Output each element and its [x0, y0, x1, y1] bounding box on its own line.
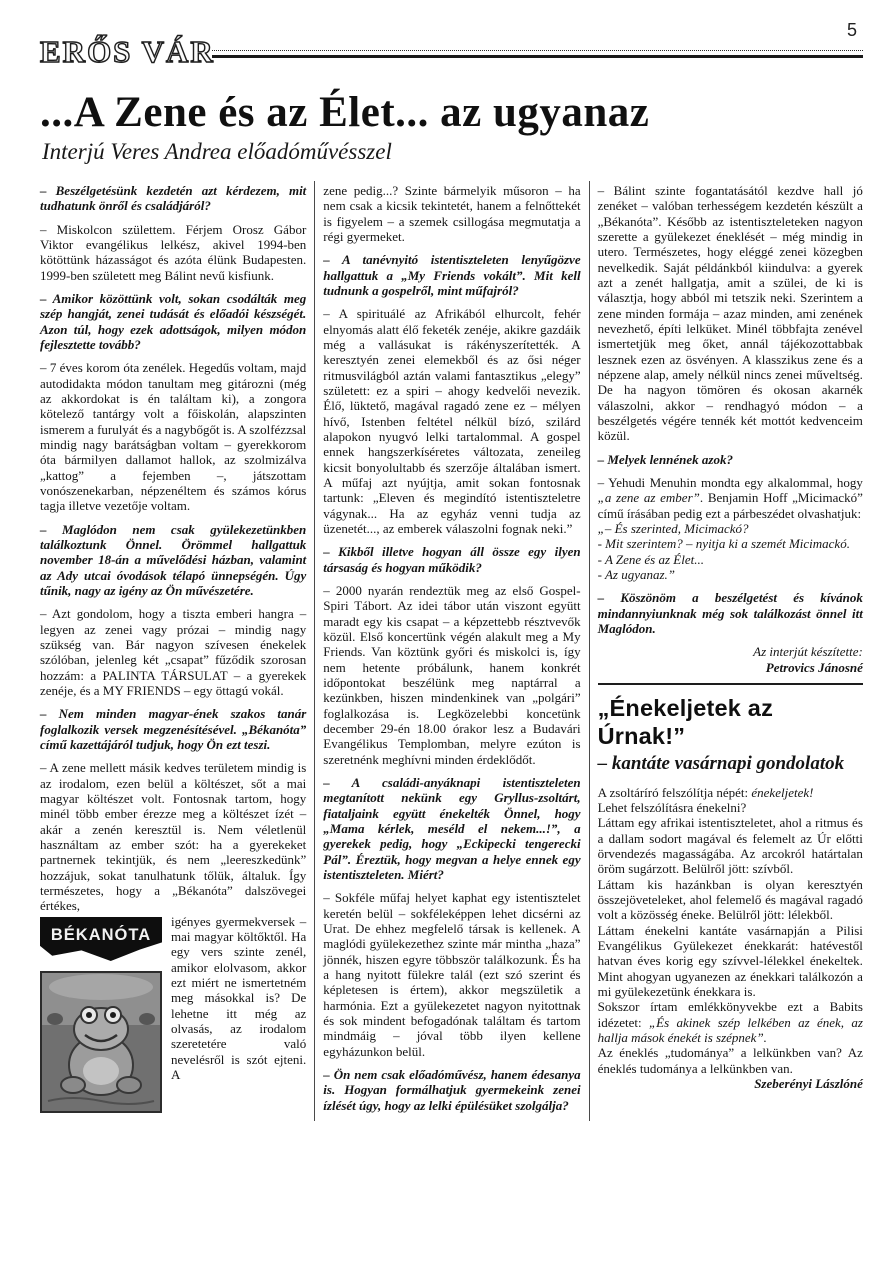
answer-with-image: BÉKANÓTA	[40, 914, 306, 1083]
second-article-paragraph: Sokszor írtam emlékkönyvekbe ezt a Babit…	[598, 999, 863, 1045]
page-header: ERŐS VÁR 5	[40, 28, 863, 74]
second-article-subheading: – kantáte vasárnapi gondolatok	[598, 753, 863, 775]
answer-text: – Yehudi Menuhin mondta egy alkalommal, …	[598, 475, 863, 490]
emphasized-word: énekeljetek!	[751, 785, 813, 800]
column-3: – Bálint szinte fogantatásától kezdve ha…	[589, 181, 863, 1121]
interview-answer: – 7 éves korom óta zenélek. Hegedűs volt…	[40, 360, 306, 513]
interview-answer: – Sokféle műfaj helyet kaphat egy istent…	[323, 890, 580, 1059]
newspaper-page: ERŐS VÁR 5 ...A Zene és az Élet... az ug…	[0, 0, 893, 1264]
page-number: 5	[847, 20, 857, 41]
interview-question: – Kikből illetve hogyan áll össze egy il…	[323, 544, 580, 575]
signature-name: Szeberényi Lászlóné	[754, 1076, 863, 1091]
closing-remark: – Köszönöm a beszélgetést és kívánok min…	[598, 590, 863, 636]
quoted-motto: „a zene az ember”	[598, 490, 700, 505]
interview-answer: – Yehudi Menuhin mondta egy alkalommal, …	[598, 475, 863, 521]
frog-illustration	[40, 971, 162, 1113]
interview-question: – Nem minden magyar-ének szakos tanár fo…	[40, 706, 306, 752]
interview-question: – Amikor közöttünk volt, sokan csodálták…	[40, 291, 306, 352]
second-article-paragraph: Láttam kis hazánkban is olyan keresztyén…	[598, 877, 863, 923]
interview-question: – A családi-anyáknapi istentiszteleten m…	[323, 775, 580, 882]
interview-question: – Melyek lennének azok?	[598, 452, 863, 467]
second-article-paragraph: A zsoltáríró felszólítja népét: énekelje…	[598, 785, 863, 816]
credit-label: Az interjút készítette:	[753, 644, 863, 659]
bekanota-cassette-cover: BÉKANÓTA	[40, 917, 162, 1113]
column-1: – Beszélgetésünk kezdetén azt kérdezem, …	[40, 181, 314, 1121]
interview-answer: – Bálint szinte fogantatásától kezdve ha…	[598, 183, 863, 444]
bekanota-cover-title: BÉKANÓTA	[40, 917, 162, 961]
interview-answer: – Miskolcon születtem. Férjem Orosz Gábo…	[40, 222, 306, 283]
masthead-logo: ERŐS VÁR	[40, 28, 215, 67]
interview-question: – A tanévnyitó istentiszteleten lenyűgöz…	[323, 252, 580, 298]
second-article-signature: Szeberényi Lászlóné	[598, 1076, 863, 1091]
second-article-paragraph: Láttam énekelni kantáte vasárnapján a Pi…	[598, 923, 863, 1000]
article-columns: – Beszélgetésünk kezdetén azt kérdezem, …	[40, 181, 863, 1121]
credit-name: Petrovics Jánosné	[766, 660, 863, 675]
second-article-paragraph: Láttam egy afrikai istentiszteletet, aho…	[598, 815, 863, 876]
answer-continuation: zene pedig...? Szinte bármelyik műsoron …	[323, 183, 580, 244]
header-rule	[212, 50, 863, 58]
interview-credit: Az interjút készítette:Petrovics Jánosné	[598, 644, 863, 675]
interview-answer: – 2000 nyarán rendeztük meg az első Gosp…	[323, 583, 580, 767]
dialogue-line: „– És szerinted, Micimackó?	[598, 521, 863, 536]
interview-question: – Beszélgetésünk kezdetén azt kérdezem, …	[40, 183, 306, 214]
dialogue-line: - Az ugyanaz.”	[598, 567, 863, 582]
interview-answer: – A zene mellett másik kedves területem …	[40, 760, 306, 913]
article-divider-rule	[598, 683, 863, 685]
paragraph-text: A zsoltáríró felszólítja népét:	[598, 785, 752, 800]
paragraph-text: Lehet felszólításra énekelni?	[598, 800, 747, 815]
article-subtitle: Interjú Veres Andrea előadóművésszel	[42, 139, 863, 165]
second-article: „Énekeljetek az Úrnak!” – kantáte vasárn…	[598, 683, 863, 1091]
dialogue-line: - A Zene és az Élet...	[598, 552, 863, 567]
dialogue-line: - Mit szerintem? – nyitja ki a szemét Mi…	[598, 536, 863, 551]
second-article-paragraph: Az éneklés „tudománya” a lelkünkben van?…	[598, 1045, 863, 1076]
column-2: zene pedig...? Szinte bármelyik műsoron …	[314, 181, 588, 1121]
interview-question: – Maglódon nem csak gyülekezetünkben tal…	[40, 522, 306, 599]
second-article-heading: „Énekeljetek az Úrnak!”	[598, 695, 863, 750]
interview-question: – Ön nem csak előadóművész, hanem édesan…	[323, 1067, 580, 1113]
article-title: ...A Zene és az Élet... az ugyanaz	[40, 90, 863, 135]
interview-answer: – Azt gondolom, hogy a tiszta emberi han…	[40, 606, 306, 698]
interview-answer: – A spirituálé az Afrikából elhurcolt, f…	[323, 306, 580, 536]
